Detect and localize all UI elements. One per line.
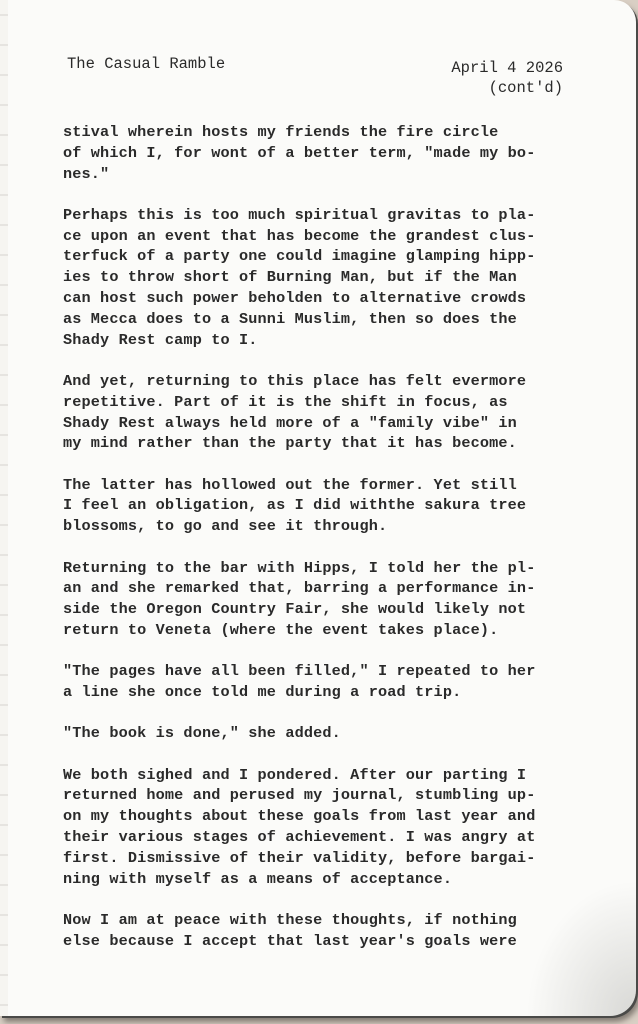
text-line: can host such power beholden to alternat… — [63, 288, 608, 309]
text-line: on my thoughts about these goals from la… — [63, 806, 608, 827]
paragraph: stival wherein hosts my friends the fire… — [63, 122, 608, 184]
text-line: my mind rather than the party that it ha… — [63, 433, 608, 454]
text-line: ning with myself as a means of acceptanc… — [63, 869, 608, 890]
text-line: repetitive. Part of it is the shift in f… — [63, 392, 608, 413]
text-line: of which I, for wont of a better term, "… — [63, 143, 608, 164]
text-line: terfuck of a party one could imagine gla… — [63, 246, 608, 267]
page-title: The Casual Ramble — [67, 55, 225, 73]
text-line: Perhaps this is too much spiritual gravi… — [63, 205, 608, 226]
text-line: Returning to the bar with Hipps, I told … — [63, 558, 608, 579]
typewritten-page: The Casual Ramble April 4 2026 (cont'd) … — [0, 0, 636, 1016]
text-line: first. Dismissive of their validity, bef… — [63, 848, 608, 869]
paragraph: Now I am at peace with these thoughts, i… — [63, 910, 608, 952]
continued-label: (cont'd) — [451, 78, 563, 98]
paragraph: The latter has hollowed out the former. … — [63, 475, 608, 537]
text-line: an and she remarked that, barring a perf… — [63, 578, 608, 599]
text-line: side the Oregon Country Fair, she would … — [63, 599, 608, 620]
text-line: "The pages have all been filled," I repe… — [63, 661, 608, 682]
paragraph: We both sighed and I pondered. After our… — [63, 765, 608, 890]
text-line: ce upon an event that has become the gra… — [63, 226, 608, 247]
text-line: blossoms, to go and see it through. — [63, 516, 608, 537]
paragraph: "The book is done," she added. — [63, 723, 608, 744]
paragraph: "The pages have all been filled," I repe… — [63, 661, 608, 703]
text-line: as Mecca does to a Sunni Muslim, then so… — [63, 309, 608, 330]
text-line: a line she once told me during a road tr… — [63, 682, 608, 703]
paragraph: Returning to the bar with Hipps, I told … — [63, 558, 608, 641]
text-line: "The book is done," she added. — [63, 723, 608, 744]
text-line: Shady Rest camp to I. — [63, 330, 608, 351]
page-body: stival wherein hosts my friends the fire… — [63, 122, 608, 972]
text-line: I feel an obligation, as I did withthe s… — [63, 495, 608, 516]
text-line: returned home and perused my journal, st… — [63, 785, 608, 806]
page-date: April 4 2026 — [451, 58, 563, 78]
text-line: else because I accept that last year's g… — [63, 931, 608, 952]
paragraph: And yet, returning to this place has fel… — [63, 371, 608, 454]
text-line: stival wherein hosts my friends the fire… — [63, 122, 608, 143]
paragraph: Perhaps this is too much spiritual gravi… — [63, 205, 608, 351]
page-date-block: April 4 2026 (cont'd) — [451, 58, 563, 98]
text-line: return to Veneta (where the event takes … — [63, 620, 608, 641]
text-line: The latter has hollowed out the former. … — [63, 475, 608, 496]
text-line: Now I am at peace with these thoughts, i… — [63, 910, 608, 931]
text-line: And yet, returning to this place has fel… — [63, 371, 608, 392]
text-line: nes." — [63, 164, 608, 185]
text-line: We both sighed and I pondered. After our… — [63, 765, 608, 786]
text-line: their various stages of achievement. I w… — [63, 827, 608, 848]
text-line: Shady Rest always held more of a "family… — [63, 413, 608, 434]
text-line: ies to throw short of Burning Man, but i… — [63, 267, 608, 288]
